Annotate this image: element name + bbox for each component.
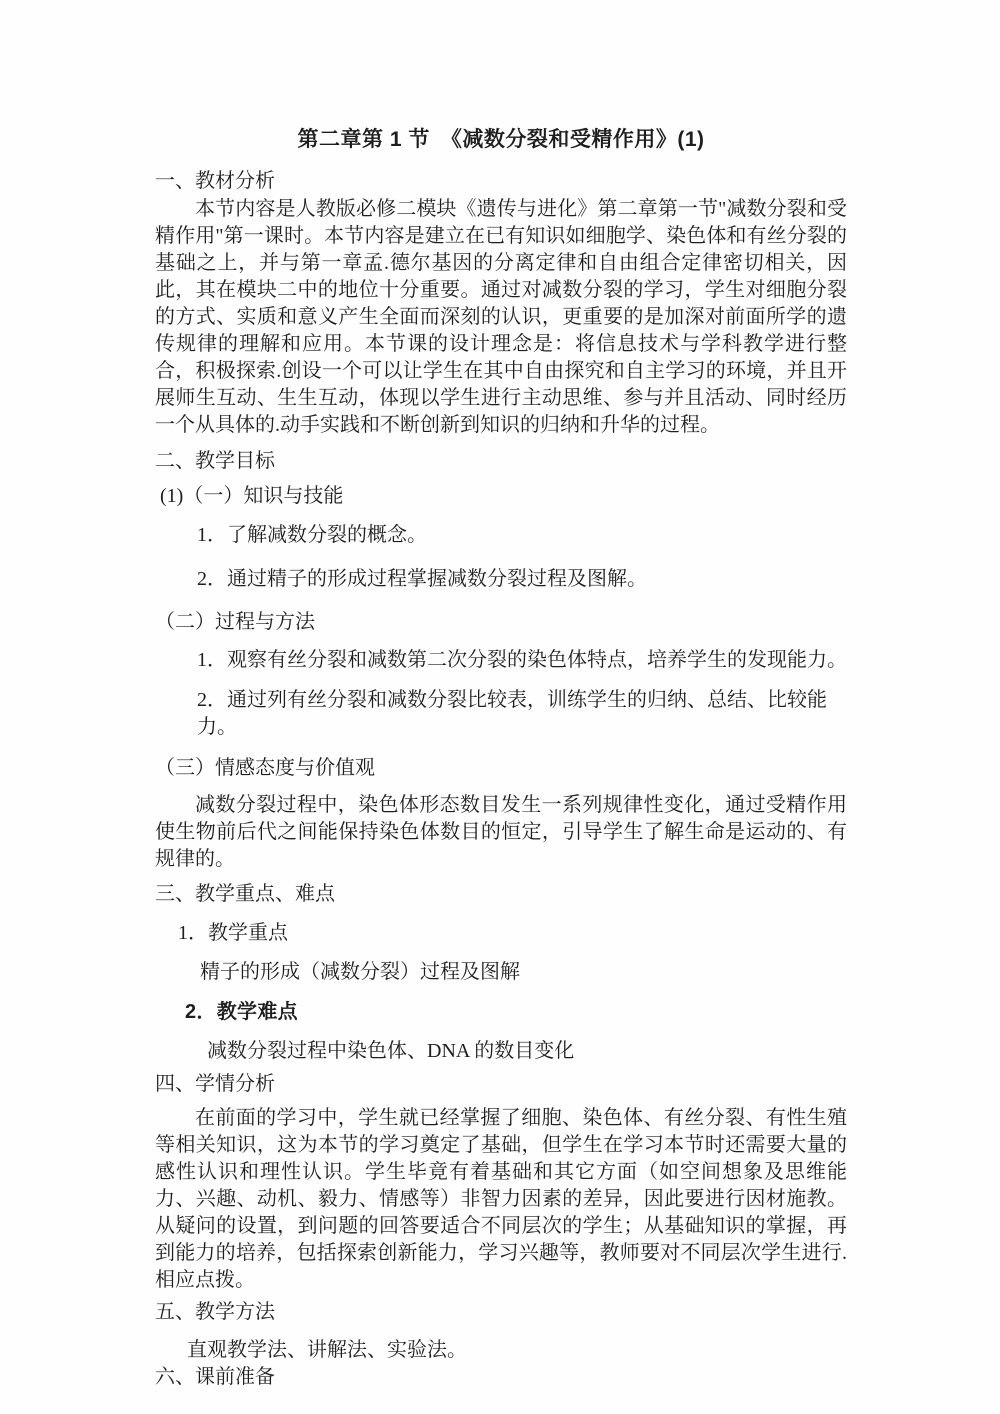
list-item-knowledge-1: 1．了解减数分裂的概念。 (155, 522, 847, 549)
list-item-process-1: 1．观察有丝分裂和减数第二次分裂的染色体特点，培养学生的发现能力。 (155, 647, 847, 674)
subheading-teaching-key-point: 1．教学重点 (155, 920, 847, 947)
subheading-teaching-difficult-point: 2．教学难点 (155, 999, 847, 1026)
subheading-knowledge-skills: (1)（一）知识与技能 (155, 483, 847, 510)
paragraph-learner-analysis: 在前面的学习中，学生就已经掌握了细胞、染色体、有丝分裂、有性生殖等相关知识，这为… (155, 1105, 847, 1294)
text-difficult-point-detail: 减数分裂过程中染色体、DNA 的数目变化 (155, 1038, 847, 1065)
heading-teaching-methods: 五、教学方法 (155, 1299, 847, 1326)
document-content: 第二章第 1 节 《减数分裂和受精作用》(1) 一、教材分析 本节内容是人教版必… (155, 126, 847, 1391)
heading-teaching-objectives: 二、教学目标 (155, 448, 847, 475)
heading-learner-analysis: 四、学情分析 (155, 1071, 847, 1098)
subheading-emotional-values: （三）情感态度与价值观 (155, 755, 847, 782)
heading-textbook-analysis: 一、教材分析 (155, 168, 847, 195)
document-page: 第二章第 1 节 《减数分裂和受精作用》(1) 一、教材分析 本节内容是人教版必… (0, 0, 1000, 1414)
subheading-process-methods: （二）过程与方法 (155, 609, 847, 636)
document-title: 第二章第 1 节 《减数分裂和受精作用》(1) (155, 126, 847, 154)
text-key-point-detail: 精子的形成（减数分裂）过程及图解 (155, 959, 847, 986)
paragraph-emotional-values: 减数分裂过程中，染色体形态数目发生一系列规律性变化，通过受精作用使生物前后代之间… (155, 792, 847, 873)
list-item-knowledge-2: 2．通过精子的形成过程掌握减数分裂过程及图解。 (155, 566, 847, 593)
heading-class-preparation: 六、课前准备 (155, 1364, 847, 1391)
list-item-process-2: 2．通过列有丝分裂和减数分裂比较表，训练学生的归纳、总结、比较能力。 (155, 687, 847, 741)
text-teaching-methods-detail: 直观教学法、讲解法、实验法。 (155, 1337, 847, 1364)
paragraph-textbook-analysis: 本节内容是人教版必修二模块《遗传与进化》第二章第一节"减数分裂和受精作用"第一课… (155, 196, 847, 439)
heading-key-difficult-points: 三、教学重点、难点 (155, 881, 847, 908)
